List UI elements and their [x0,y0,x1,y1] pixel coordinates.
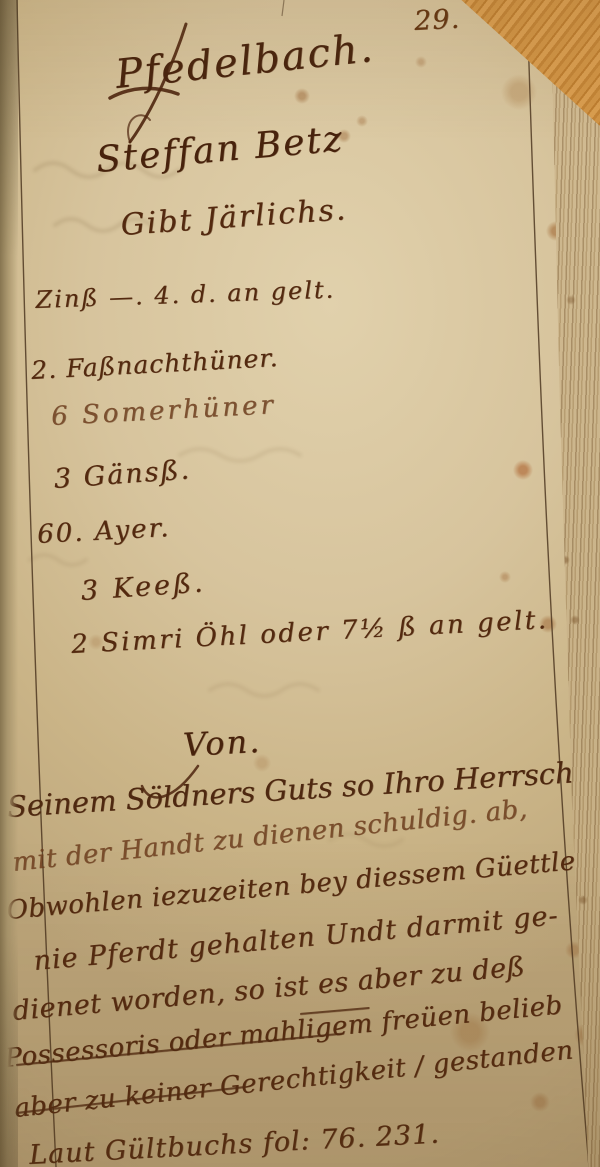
section-heading: Von. [182,722,262,764]
top-crease-line [282,0,284,16]
manuscript-photo: 29. Pfedelbach. Steffan Betz Gibt Järlic… [0,0,600,1167]
page-gutter-shadow [0,0,18,1167]
folio-number: 29. [413,4,461,37]
